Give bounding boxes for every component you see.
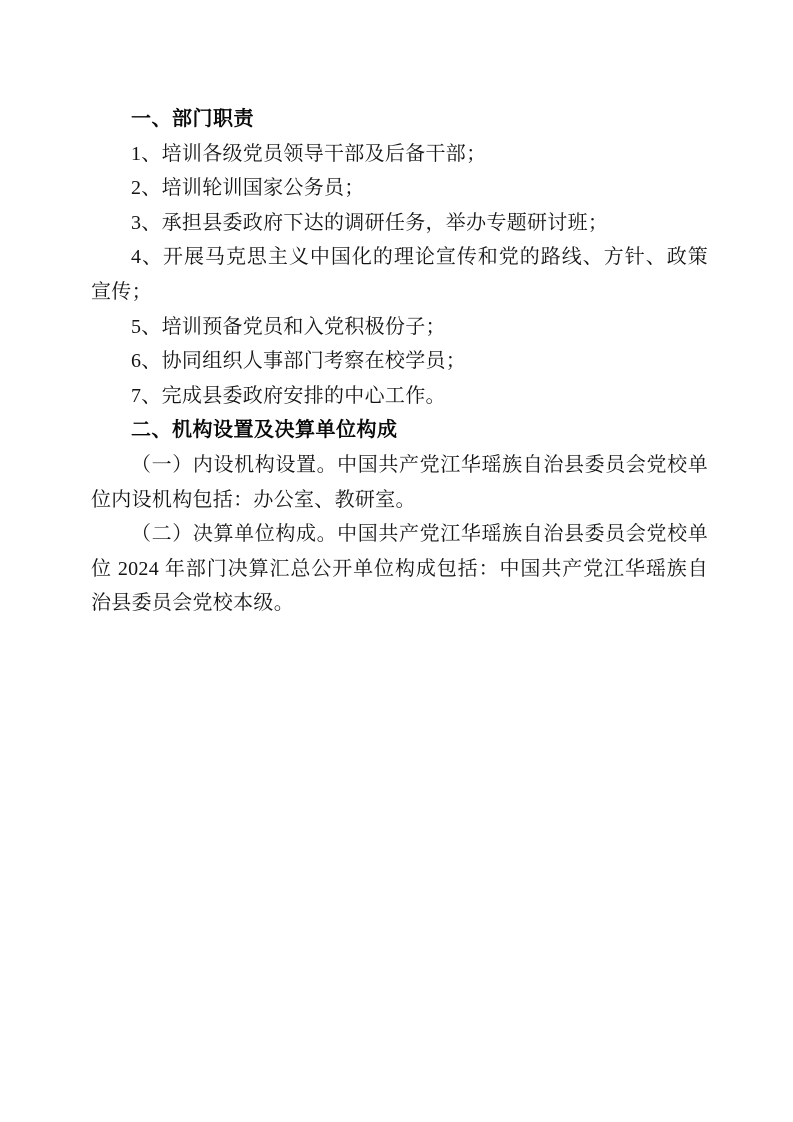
duty-item-7: 7、完成县委政府安排的中心工作。 xyxy=(91,379,708,414)
section-2-heading: 二、机构设置及决算单位构成 xyxy=(91,413,708,448)
duty-item-1: 1、培训各级党员领导干部及后备干部； xyxy=(91,137,708,172)
duty-item-4: 4、开展马克思主义中国化的理论宣传和党的路线、方针、政策宣传； xyxy=(91,240,708,309)
document-page: 一、部门职责 1、培训各级党员领导干部及后备干部； 2、培训轮训国家公务员； 3… xyxy=(0,0,793,1122)
unit-composition-paragraph: （二）决算单位构成。中国共产党江华瑶族自治县委员会党校单位 2024 年部门决算… xyxy=(91,517,708,621)
section-1-heading: 一、部门职责 xyxy=(91,102,708,137)
org-setup-paragraph: （一）内设机构设置。中国共产党江华瑶族自治县委员会党校单位内设机构包括：办公室、… xyxy=(91,448,708,517)
document-content: 一、部门职责 1、培训各级党员领导干部及后备干部； 2、培训轮训国家公务员； 3… xyxy=(0,0,793,621)
duty-item-5: 5、培训预备党员和入党积极份子； xyxy=(91,310,708,345)
duty-item-2: 2、培训轮训国家公务员； xyxy=(91,171,708,206)
duty-item-6: 6、协同组织人事部门考察在校学员； xyxy=(91,344,708,379)
duty-item-3: 3、承担县委政府下达的调研任务，举办专题研讨班； xyxy=(91,206,708,241)
